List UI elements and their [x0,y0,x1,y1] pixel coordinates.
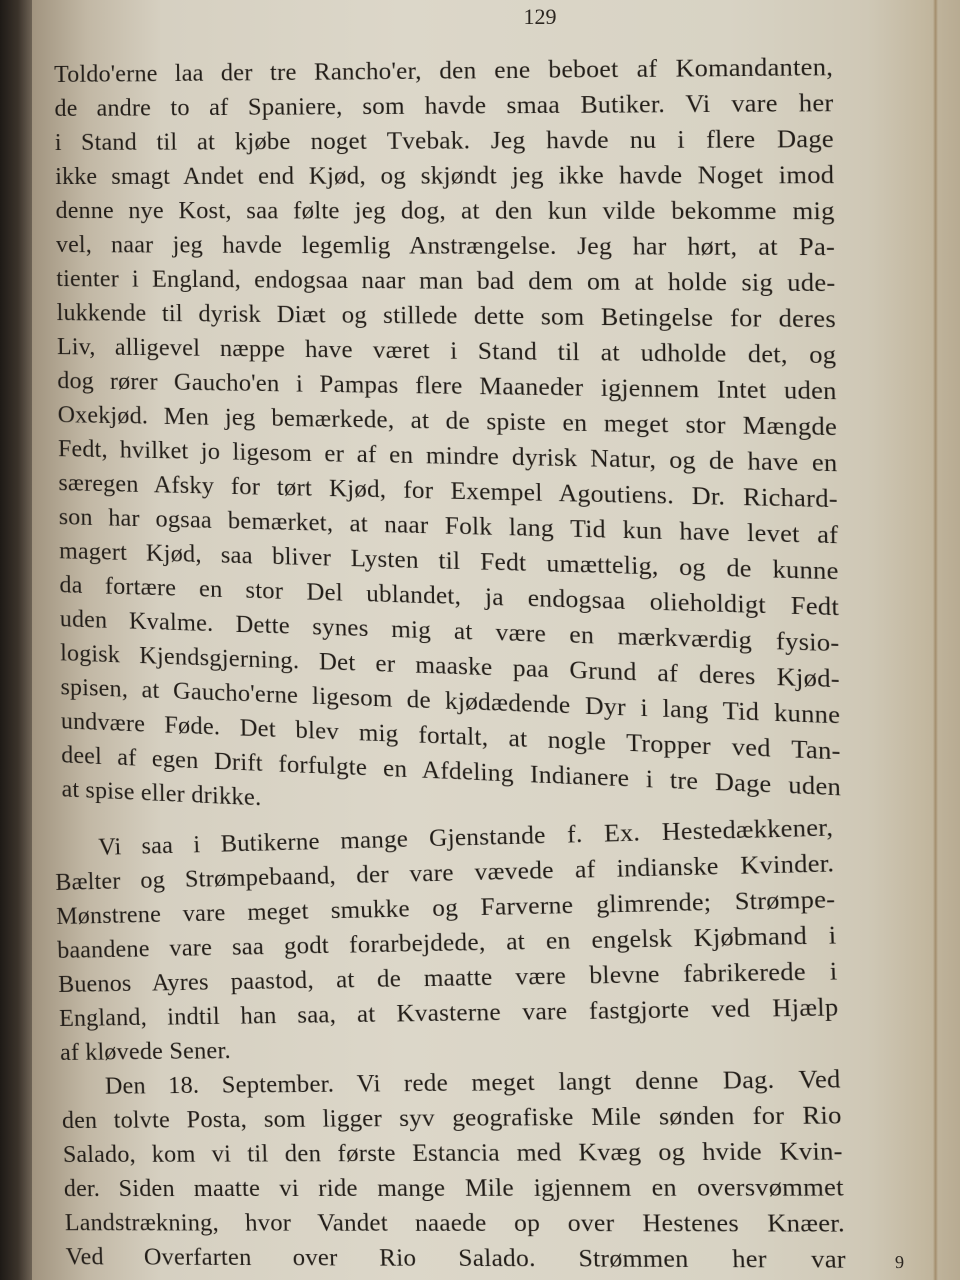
text-line: der. Siden maatte vi ride mange Mile igj… [63,1170,844,1206]
text-line: den tolvte Posta, som ligger syv geograf… [62,1098,843,1138]
text-line: de andre to af Spaniere, som havde smaa … [54,86,833,126]
text-line: Ved Overfarten over Rio Salado. Strømmen… [65,1240,846,1278]
text-line: vel, naar jeg havde legemlig Anstrængels… [56,228,836,266]
text-block-upper: Toldo'erne laa der tre Rancho'er, den en… [54,50,842,842]
text-line: tienter i England, endogsaa naar man bad… [56,262,836,302]
text-line: Landstrækning, hvor Vandet naaede op ove… [64,1206,845,1242]
text-block-lower: Vi saa i Butikerne mange Gjenstande f. E… [54,810,846,1278]
page-number: 129 [510,4,570,30]
text-line: ikke smagt Andet end Kjød, og skjøndt je… [55,158,834,194]
text-line: Toldo'erne laa der tre Rancho'er, den en… [54,50,833,92]
text-line: Den 18. September. Vi rede meget langt d… [61,1062,842,1104]
text-line: denne nye Kost, saa følte jeg dog, at de… [55,194,835,230]
text-line: Salado, kom vi til den første Estancia m… [63,1134,844,1172]
text-line: i Stand til at kjøbe noget Tvebak. Jeg h… [55,122,834,160]
signature-mark: 9 [895,1252,905,1273]
page-edge [933,0,938,1280]
